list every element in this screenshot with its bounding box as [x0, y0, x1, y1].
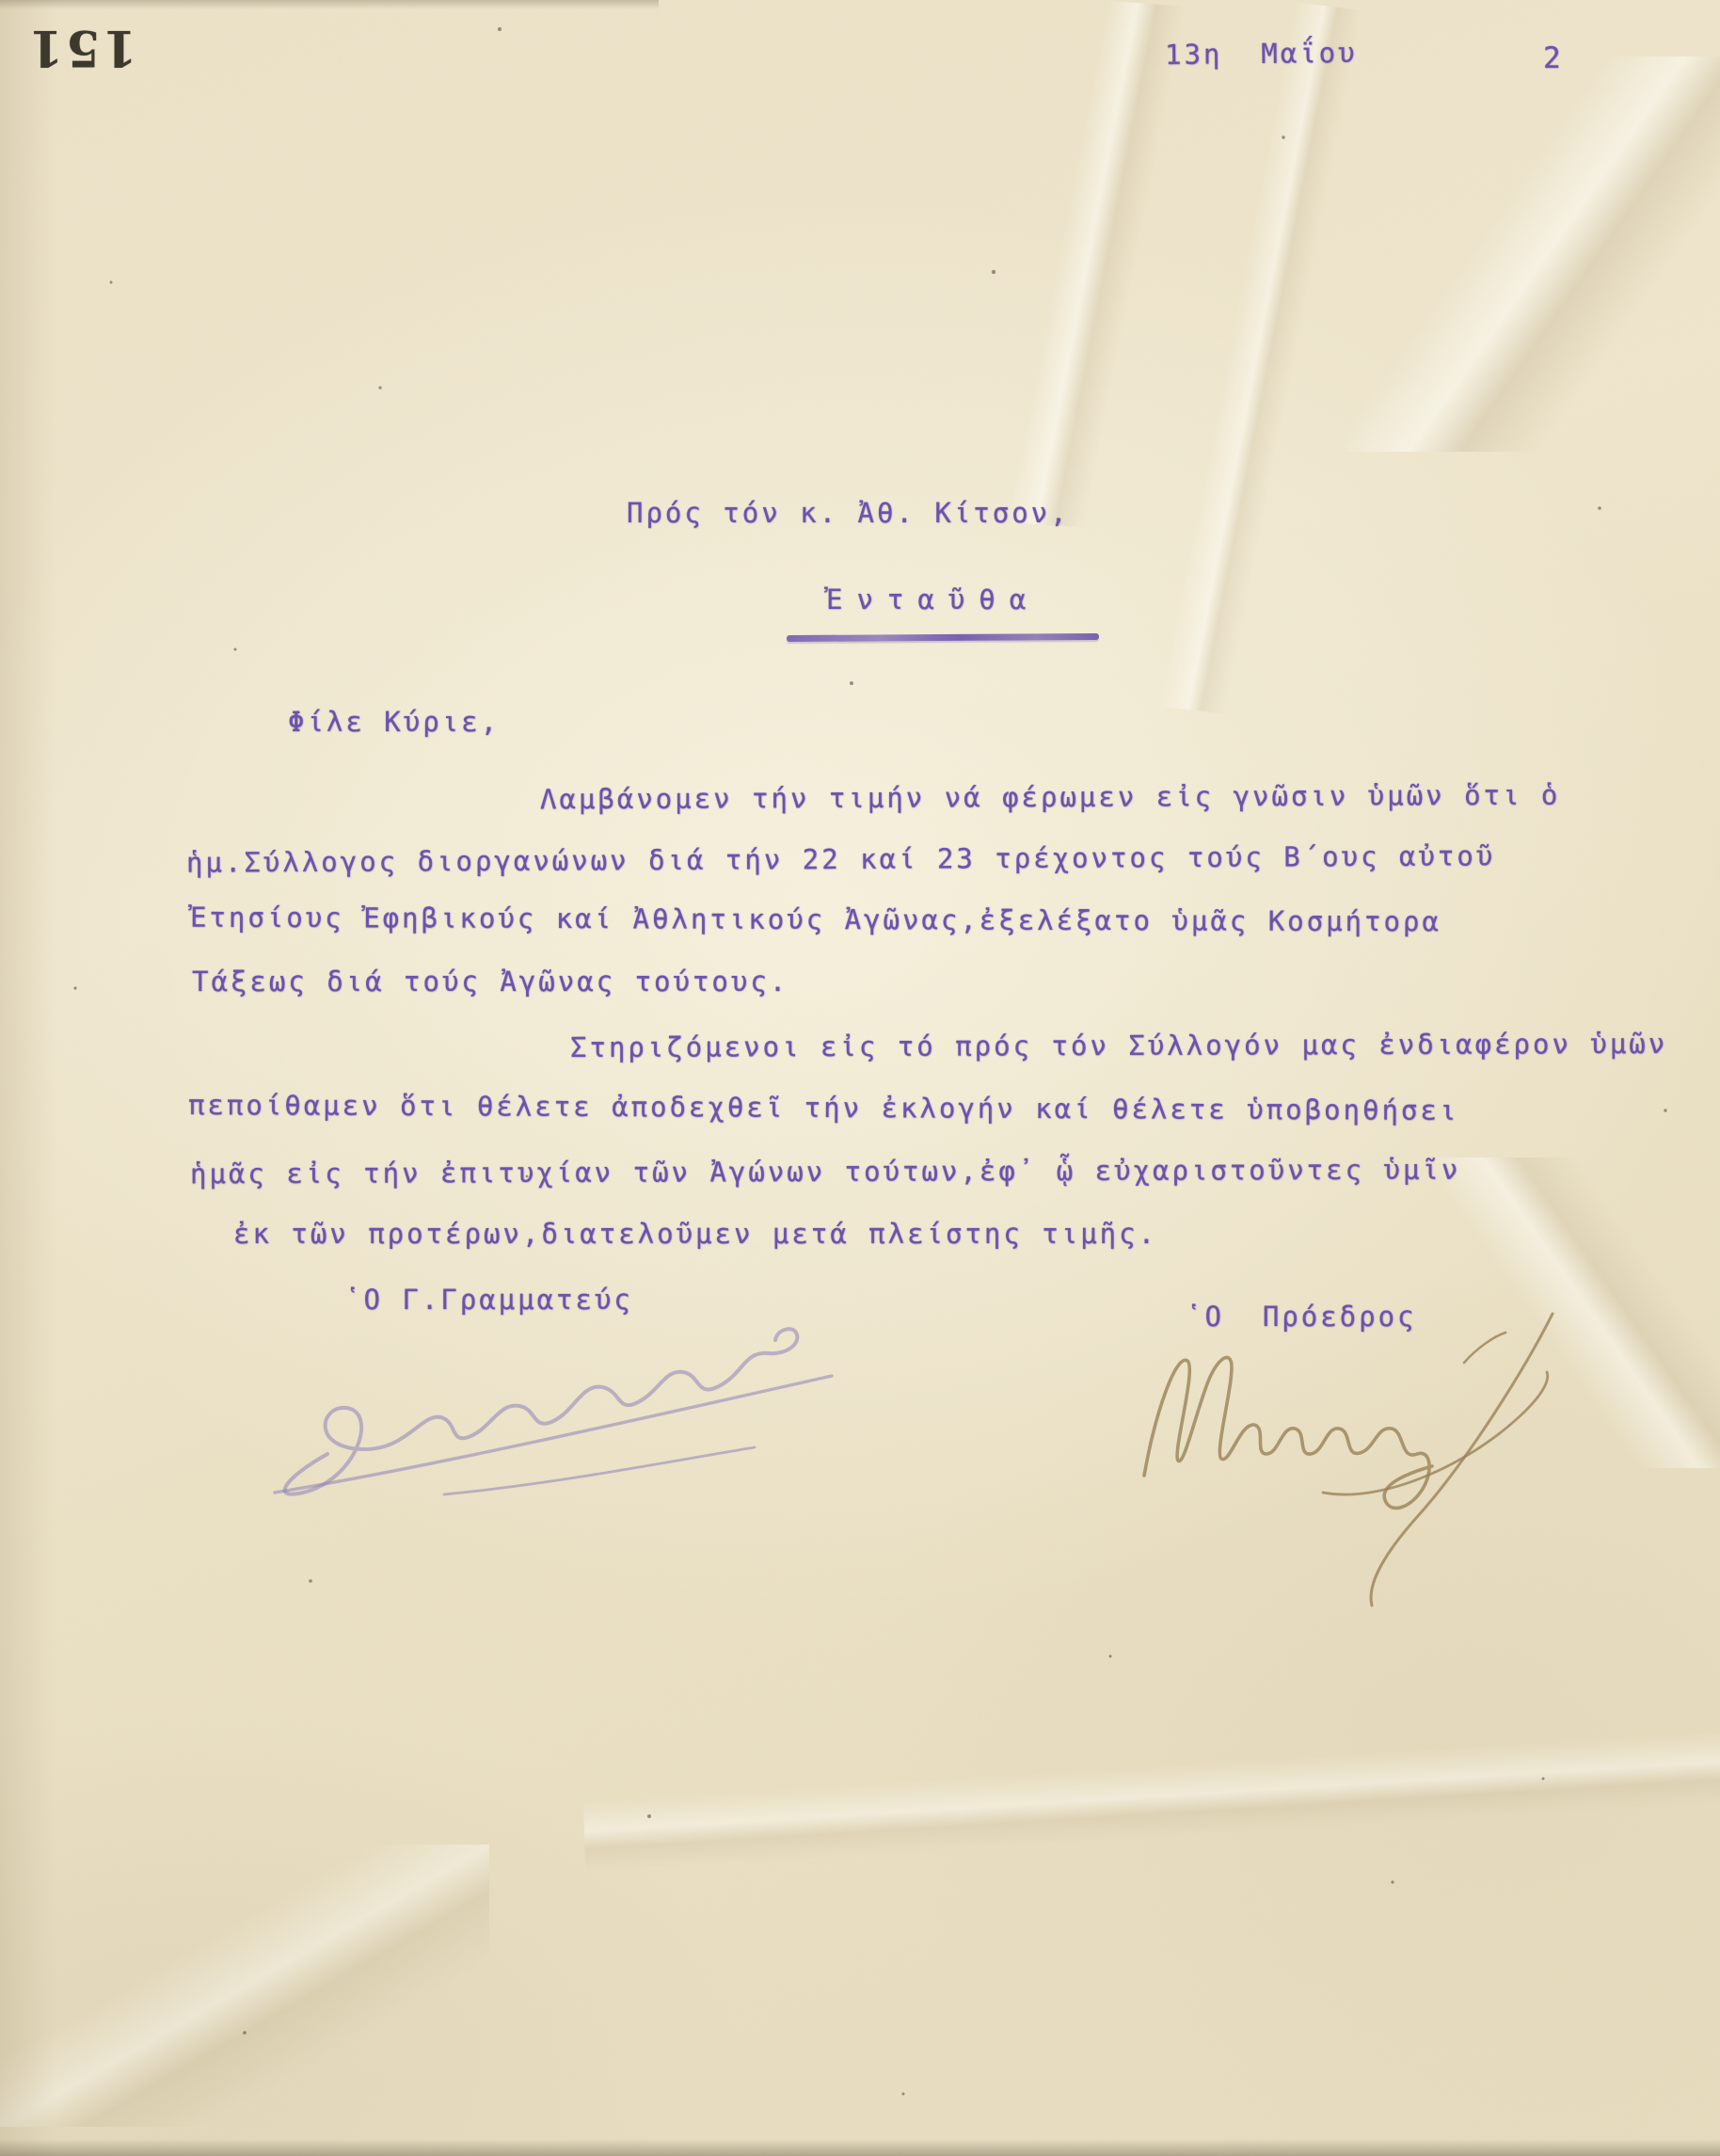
paper-crease: [0, 0, 56, 2156]
paper-crease: [0, 1845, 489, 2127]
paper-crease: [1346, 56, 1720, 452]
recipient-line: Πρός τόν κ. Ἀθ. Κίτσον,: [627, 497, 1070, 529]
scan-edge-bottom: [0, 2139, 1720, 2156]
salutation: Φίλε Κύριε,: [288, 706, 500, 738]
location-line: Ἐνταῦθα: [826, 583, 1040, 615]
secretary-signature: [0, 0, 1720, 2156]
letter-paper: 151 13η Μαΐου 2 Πρός τόν κ. Ἀθ. Κίτσον, …: [0, 0, 1720, 2156]
body-line: ἡμᾶς εἰς τήν ἐπιτυχίαν τῶν Ἀγώνων τούτων…: [190, 1154, 1460, 1190]
body-line: Ἐτησίους Ἐφηβικούς καί Ἀθλητικούς Ἀγῶνας…: [190, 902, 1441, 938]
body-line: ἐκ τῶν προτέρων,διατελοῦμεν μετά πλείστη…: [233, 1218, 1157, 1250]
paper-crease: [1430, 1158, 1720, 1468]
paper-crease: [979, 0, 1195, 533]
body-line: ἡμ.Σύλλογος διοργανώνων διά τήν 22 καί 2…: [186, 839, 1495, 878]
body-line: πεποίθαμεν ὅτι θέλετε ἀποδεχθεῖ τήν ἐκλο…: [188, 1089, 1458, 1126]
page-number: 2: [1543, 41, 1564, 75]
paper-crease: [581, 1707, 1720, 1878]
location-underline: [787, 633, 1099, 642]
paper-grain-overlay: [0, 0, 1720, 2156]
archive-number-stamp: 151: [26, 19, 137, 76]
paper-crease: [1142, 0, 1370, 721]
date-line: 13η Μαΐου: [1165, 37, 1358, 71]
president-title: ῾Ο Πρόεδρος: [1186, 1301, 1417, 1333]
president-signature: [0, 0, 1720, 2156]
body-line: Τάξεως διά τούς Ἀγῶνας τούτους.: [192, 966, 788, 998]
scan-edge-top: [0, 0, 659, 9]
secretary-title: ῾Ο Γ.Γραμματεύς: [344, 1284, 633, 1316]
body-line: Στηριζόμενοι εἰς τό πρός τόν Σύλλογόν μα…: [570, 1028, 1667, 1063]
body-line: Λαμβάνομεν τήν τιμήν νά φέρωμεν εἰς γνῶσ…: [540, 779, 1560, 816]
